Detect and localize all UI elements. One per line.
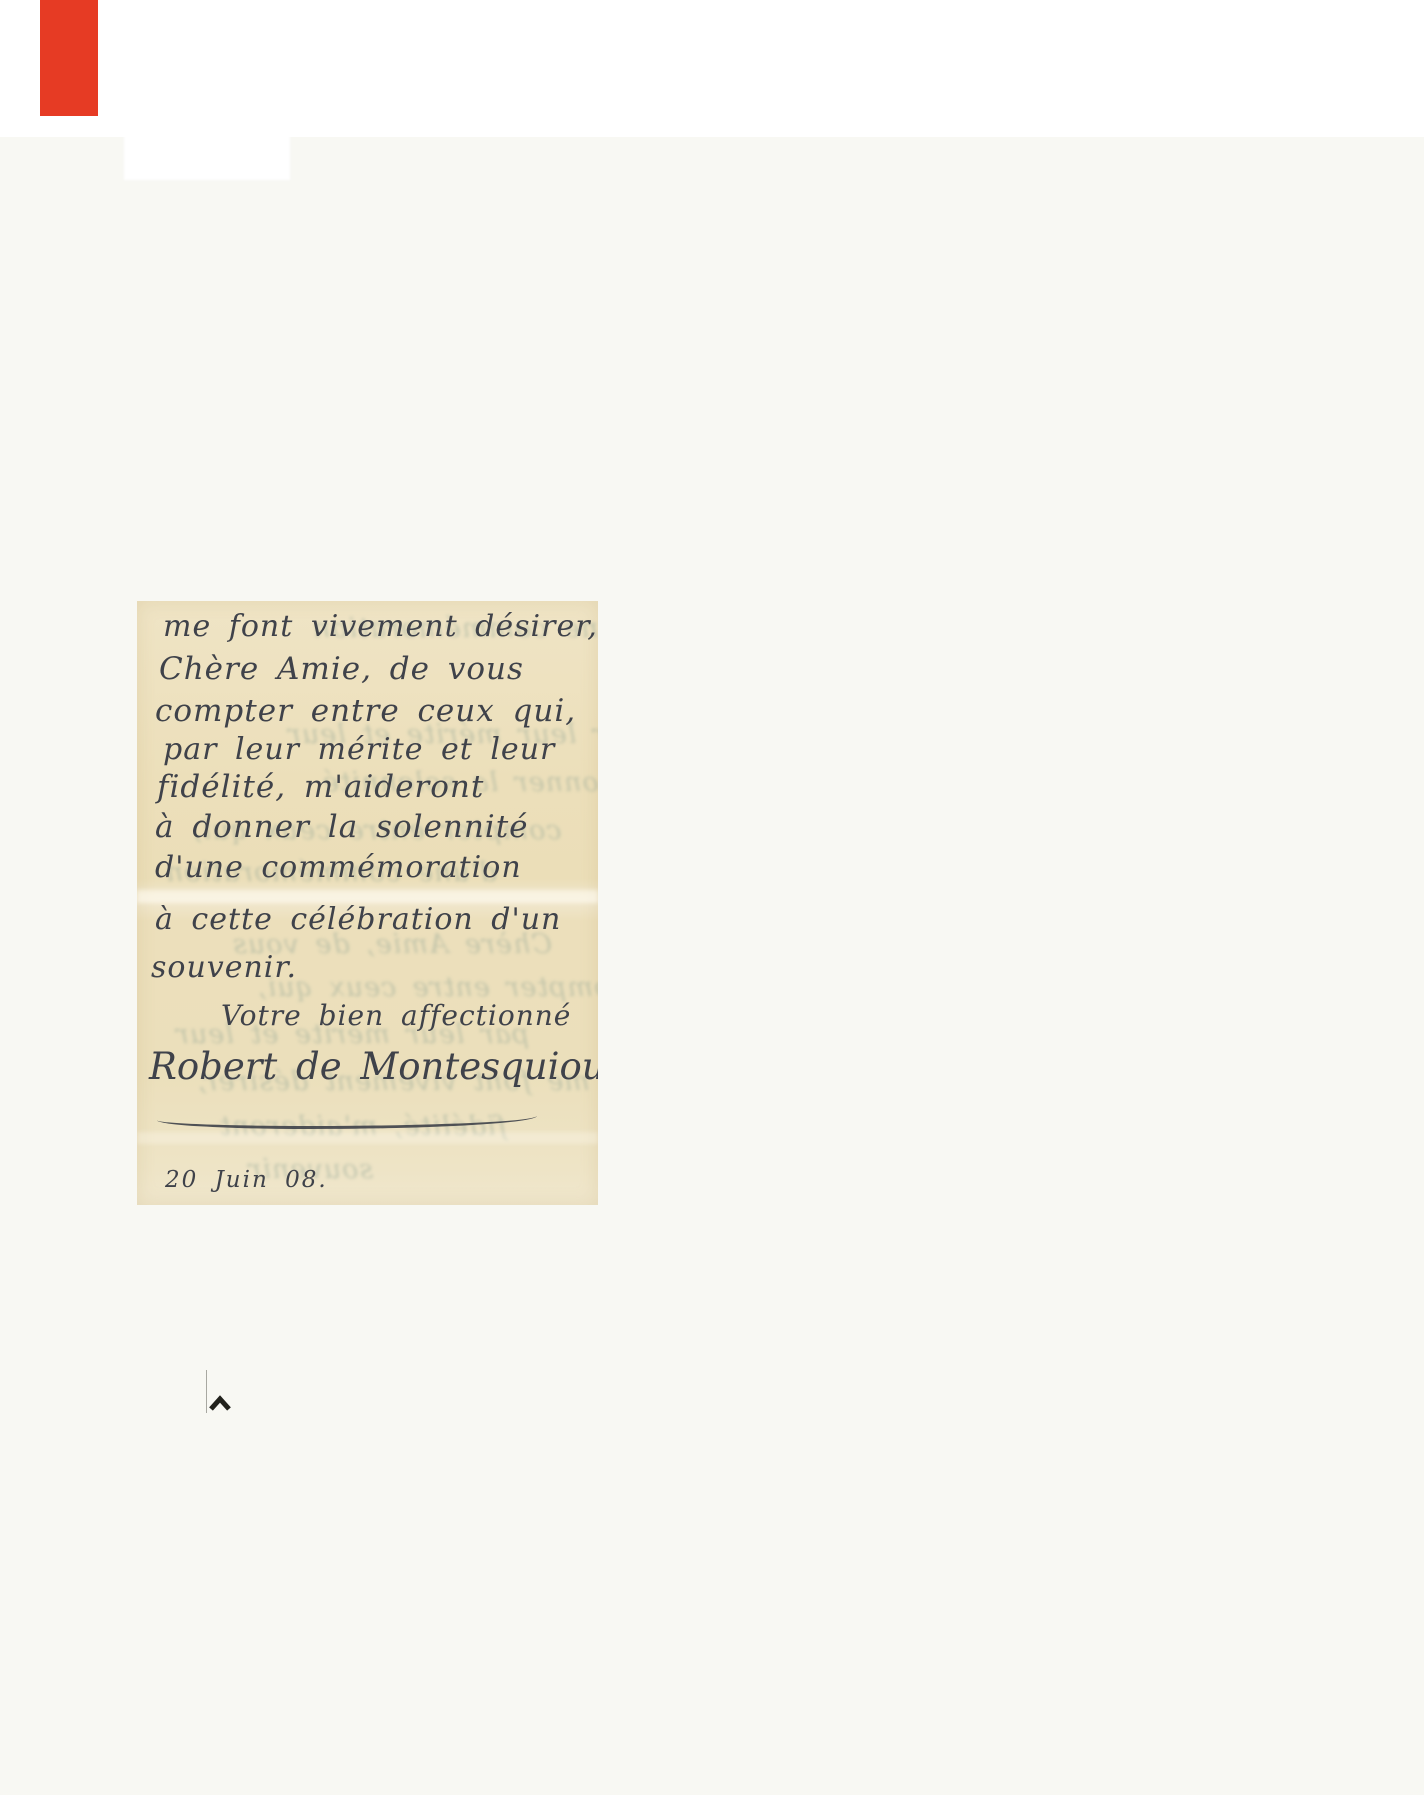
letter-line: fidélité, m'aideront bbox=[157, 769, 484, 805]
letter-line: Chère Amie, de vous bbox=[159, 651, 524, 687]
letter-date: 20 Juin 08. bbox=[165, 1167, 328, 1193]
letter-line: d'une commémoration bbox=[155, 850, 522, 885]
page-background: d'une commémoration par leur mérite et l… bbox=[0, 0, 1424, 1795]
letter-line: souvenir. bbox=[151, 950, 297, 985]
letter-signature: Robert de Montesquiou. bbox=[149, 1045, 598, 1088]
letter-line: me font vivement désirer, bbox=[163, 609, 598, 644]
red-marker bbox=[40, 0, 98, 116]
letter-scan: d'une commémoration par leur mérite et l… bbox=[137, 601, 598, 1205]
header-tab bbox=[124, 135, 290, 180]
letter-line: compter entre ceux qui, bbox=[155, 693, 576, 729]
letter-line: à donner la solennité bbox=[155, 809, 529, 845]
chevron-up-icon bbox=[208, 1395, 236, 1412]
letter-closing-line: Votre bien affectionné bbox=[221, 999, 571, 1032]
back-to-top-button[interactable] bbox=[208, 1392, 236, 1414]
paper-crease bbox=[137, 1132, 598, 1144]
letter-line: à cette célébration d'un bbox=[155, 902, 561, 937]
header-band bbox=[0, 0, 1424, 137]
letter-line: par leur mérite et leur bbox=[163, 732, 555, 767]
divider-line bbox=[206, 1370, 207, 1413]
